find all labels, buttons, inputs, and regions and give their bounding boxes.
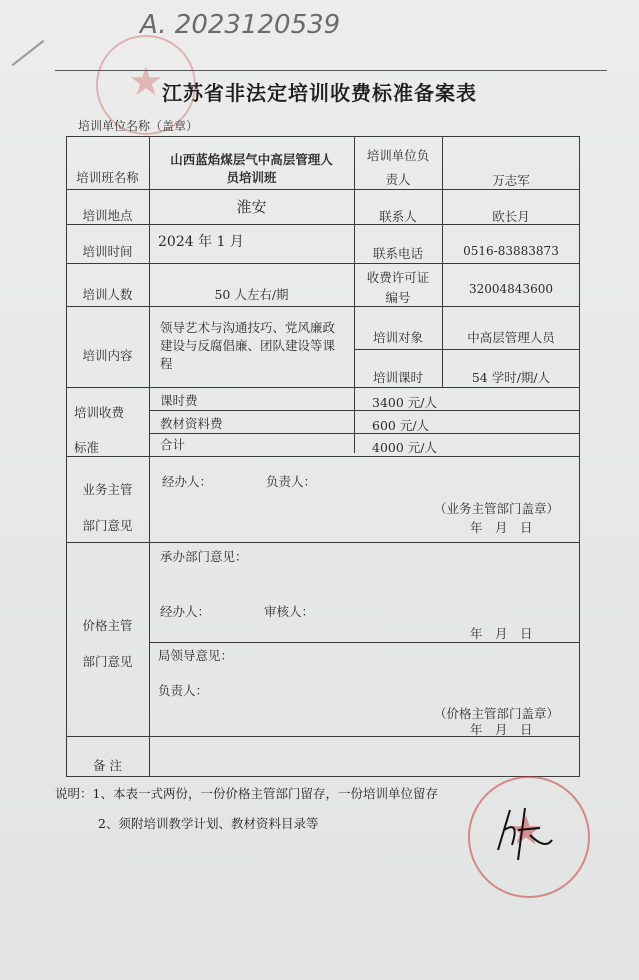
undertaking-opinion-field[interactable]: 承办部门意见： <box>160 547 248 565</box>
row-line-1 <box>66 189 580 190</box>
time-value: 2024 年 1 月 <box>158 231 244 251</box>
business-dept-label-line1: 业务主管 <box>66 480 149 498</box>
handwritten-reference: A. 2023120539 <box>140 10 340 40</box>
responsible-value: 万志军 <box>442 171 580 189</box>
fee-line-2 <box>149 433 580 434</box>
count-label: 培训人数 <box>66 285 149 303</box>
remarks-field[interactable] <box>150 737 579 776</box>
filing-form-table: 培训班名称 山西蓝焰煤层气中高层管理人 员培训班 培训单位负 责人 万志军 培训… <box>66 136 580 777</box>
pen-mark <box>12 40 45 66</box>
row-line-4 <box>66 306 580 307</box>
location-value: 淮安 <box>149 196 354 217</box>
price-date: 年 月 日 <box>470 720 533 738</box>
hours-value: 54 学时/期/人 <box>442 368 580 386</box>
page-title: 江苏省非法定培训收费标准备案表 <box>0 77 639 106</box>
contact-label: 联系人 <box>354 207 442 225</box>
price-handler-field[interactable]: 经办人： <box>160 602 210 620</box>
table-border-top <box>66 136 580 137</box>
row-line-8 <box>66 542 580 543</box>
fee-amount-3: 4000 元/人 <box>372 438 437 456</box>
location-label: 培训地点 <box>66 206 149 224</box>
business-seal-note: （业务主管部门盖章） <box>434 499 559 517</box>
table-border-bottom <box>66 776 580 777</box>
bureau-opinion-field[interactable]: 局领导意见： <box>158 646 233 664</box>
license-label-line1: 收费许可证 <box>354 268 442 286</box>
business-date: 年 月 日 <box>470 518 533 536</box>
responsible-label-line2: 责人 <box>354 170 442 188</box>
target-value: 中高层管理人员 <box>442 328 580 346</box>
row-line-7 <box>66 456 580 457</box>
fee-item-3: 合计 <box>160 435 185 453</box>
signature-icon <box>490 800 560 870</box>
hours-label: 培训课时 <box>354 368 442 386</box>
class-name-label: 培训班名称 <box>66 168 149 186</box>
row-line-9 <box>149 642 580 643</box>
notes-line-1: 说明：1、本表一式两份，一份价格主管部门留存，一份培训单位留存 <box>55 784 438 802</box>
row-line-6 <box>66 387 580 388</box>
phone-value: 0516-83883873 <box>442 244 580 258</box>
price-reviewer-field[interactable]: 审核人： <box>264 602 314 620</box>
business-dept-label-line2: 部门意见 <box>66 516 149 534</box>
fee-label-line1: 培训收费 <box>74 403 124 421</box>
row-line-5 <box>354 349 580 350</box>
contact-value: 欧长月 <box>442 207 580 225</box>
target-label: 培训对象 <box>354 328 442 346</box>
document-page: A. 2023120539 ★ 江苏省非法定培训收费标准备案表 培训单位名称（盖… <box>0 0 639 980</box>
license-label-line2: 编号 <box>354 288 442 306</box>
fee-amount-2: 600 元/人 <box>372 416 429 434</box>
row-line-3 <box>66 263 580 264</box>
responsible-label-line1: 培训单位负 <box>354 146 442 164</box>
license-value: 32004843600 <box>442 282 580 296</box>
notes-line-2: 2、须附培训教学计划、教材资料目录等 <box>98 814 318 832</box>
fee-item-2: 教材资料费 <box>160 414 223 432</box>
business-responsible-field[interactable]: 负责人： <box>266 472 316 490</box>
content-value-line2: 建设与反腐倡廉、团队建设等课 <box>160 336 335 354</box>
class-name-value-line1: 山西蓝焰煤层气中高层管理人 <box>149 150 354 168</box>
content-value-line3: 程 <box>160 354 173 372</box>
remarks-label: 备 注 <box>66 756 149 774</box>
training-unit-label: 培训单位名称（盖章） <box>78 117 198 134</box>
fee-label-line2: 标准 <box>74 438 99 456</box>
price-dept-label-line2: 部门意见 <box>66 652 149 670</box>
class-name-value-line2: 员培训班 <box>149 168 354 186</box>
content-label: 培训内容 <box>66 346 149 364</box>
content-value-line1: 领导艺术与沟通技巧、党风廉政 <box>160 318 335 336</box>
business-handler-field[interactable]: 经办人： <box>162 472 212 490</box>
fee-amount-1: 3400 元/人 <box>372 393 437 411</box>
count-value: 50 人左右/期 <box>149 285 354 303</box>
bureau-responsible-field[interactable]: 负责人： <box>158 681 208 699</box>
time-label: 培训时间 <box>66 242 149 260</box>
price-dept-label-line1: 价格主管 <box>66 616 149 634</box>
undertaking-date: 年 月 日 <box>470 624 533 642</box>
fee-item-1: 课时费 <box>160 391 198 409</box>
fee-line-1 <box>149 410 580 411</box>
phone-label: 联系电话 <box>354 244 442 262</box>
